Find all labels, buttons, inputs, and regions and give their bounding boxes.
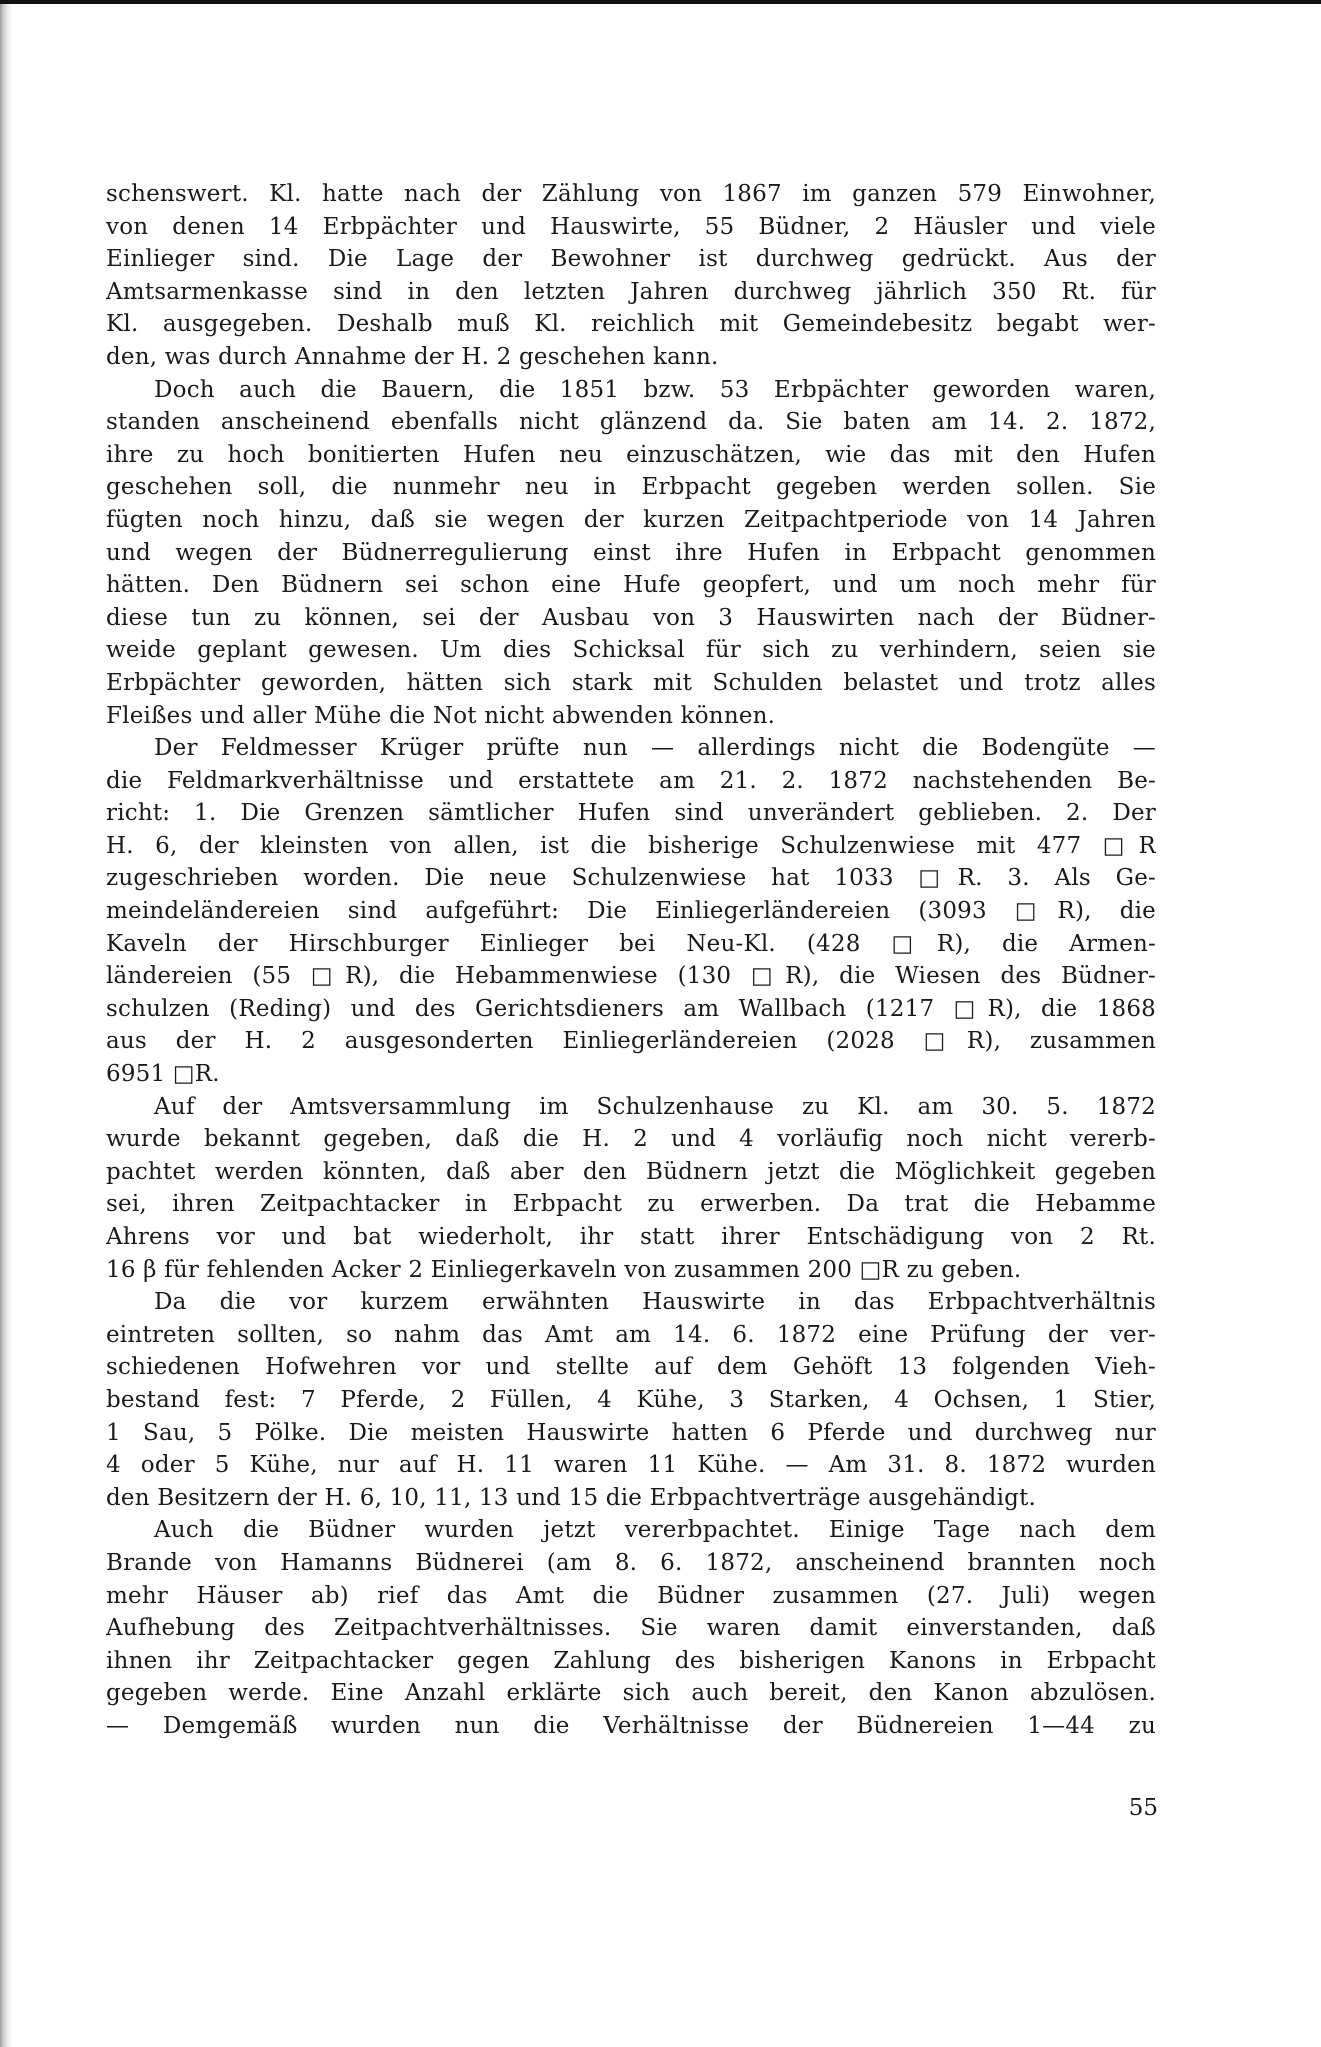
paragraph: Der Feldmesser Krüger prüfte nun — aller… xyxy=(106,732,1156,1091)
text-line: schenswert. Kl. hatte nach der Zählung v… xyxy=(106,178,1156,211)
text-line: die Feldmarkverhältnisse und erstattete … xyxy=(106,765,1156,798)
text-line: geschehen soll, die nunmehr neu in Erbpa… xyxy=(106,471,1156,504)
text-line: 4 oder 5 Kühe, nur auf H. 11 waren 11 Kü… xyxy=(106,1449,1156,1482)
body-text: schenswert. Kl. hatte nach der Zählung v… xyxy=(106,178,1156,1743)
text-line: Aufhebung des Zeitpachtverhältnisses. Si… xyxy=(106,1612,1156,1645)
text-line: eintreten sollten, so nahm das Amt am 14… xyxy=(106,1319,1156,1352)
text-line: diese tun zu können, sei der Ausbau von … xyxy=(106,602,1156,635)
text-line: ihnen ihr Zeitpachtacker gegen Zahlung d… xyxy=(106,1645,1156,1678)
text-line: von denen 14 Erbpächter und Hauswirte, 5… xyxy=(106,211,1156,244)
paragraph: Auch die Büdner wurden jetzt vererbpacht… xyxy=(106,1514,1156,1742)
text-line: weide geplant gewesen. Um dies Schicksal… xyxy=(106,634,1156,667)
text-line: Kaveln der Hirschburger Einlieger bei Ne… xyxy=(106,928,1156,961)
text-line: fügten noch hinzu, daß sie wegen der kur… xyxy=(106,504,1156,537)
text-line: Brande von Hamanns Büdnerei (am 8. 6. 18… xyxy=(106,1547,1156,1580)
text-line: sei, ihren Zeitpachtacker in Erbpacht zu… xyxy=(106,1188,1156,1221)
text-line: ländereien (55 □R), die Hebammenwiese (1… xyxy=(106,960,1156,993)
text-line: standen anscheinend ebenfalls nicht glän… xyxy=(106,406,1156,439)
text-line: den Besitzern der H. 6, 10, 11, 13 und 1… xyxy=(106,1482,1156,1515)
text-line: ihre zu hoch bonitierten Hufen neu einzu… xyxy=(106,439,1156,472)
paragraph: Auf der Amtsversammlung im Schulzenhause… xyxy=(106,1091,1156,1287)
text-line: Doch auch die Bauern, die 1851 bzw. 53 E… xyxy=(106,374,1156,407)
text-line: schulzen (Reding) und des Gerichtsdiener… xyxy=(106,993,1156,1026)
paragraph: schenswert. Kl. hatte nach der Zählung v… xyxy=(106,178,1156,374)
text-line: 16 β für fehlenden Acker 2 Einliegerkave… xyxy=(106,1254,1156,1287)
text-line: gegeben werde. Eine Anzahl erklärte sich… xyxy=(106,1677,1156,1710)
text-line: 6951 □R. xyxy=(106,1058,1156,1091)
book-gutter-shadow xyxy=(0,4,12,2047)
text-line: aus der H. 2 ausgesonderten Einliegerlän… xyxy=(106,1025,1156,1058)
text-line: den, was durch Annahme der H. 2 geschehe… xyxy=(106,341,1156,374)
page-number: 55 xyxy=(1098,1795,1158,1821)
paragraph: Da die vor kurzem erwähnten Hauswirte in… xyxy=(106,1286,1156,1514)
text-line: schiedenen Hofwehren vor und stellte auf… xyxy=(106,1351,1156,1384)
text-line: bestand fest: 7 Pferde, 2 Füllen, 4 Kühe… xyxy=(106,1384,1156,1417)
text-line: Erbpächter geworden, hätten sich stark m… xyxy=(106,667,1156,700)
text-line: H. 6, der kleinsten von allen, ist die b… xyxy=(106,830,1156,863)
text-line: — Demgemäß wurden nun die Verhältnisse d… xyxy=(106,1710,1156,1743)
text-line: richt: 1. Die Grenzen sämtlicher Hufen s… xyxy=(106,797,1156,830)
text-line: 1 Sau, 5 Pölke. Die meisten Hauswirte ha… xyxy=(106,1417,1156,1450)
text-line: Auch die Büdner wurden jetzt vererbpacht… xyxy=(106,1514,1156,1547)
text-line: wurde bekannt gegeben, daß die H. 2 und … xyxy=(106,1123,1156,1156)
text-line: Der Feldmesser Krüger prüfte nun — aller… xyxy=(106,732,1156,765)
text-line: mehr Häuser ab) rief das Amt die Büdner … xyxy=(106,1580,1156,1613)
text-line: Amtsarmenkasse sind in den letzten Jahre… xyxy=(106,276,1156,309)
text-line: zugeschrieben worden. Die neue Schulzenw… xyxy=(106,862,1156,895)
text-line: pachtet werden könnten, daß aber den Büd… xyxy=(106,1156,1156,1189)
text-line: hätten. Den Büdnern sei schon eine Hufe … xyxy=(106,569,1156,602)
text-line: Auf der Amtsversammlung im Schulzenhause… xyxy=(106,1091,1156,1124)
scan-top-border xyxy=(0,0,1321,4)
paragraph: Doch auch die Bauern, die 1851 bzw. 53 E… xyxy=(106,374,1156,733)
text-line: Einlieger sind. Die Lage der Bewohner is… xyxy=(106,243,1156,276)
book-page: schenswert. Kl. hatte nach der Zählung v… xyxy=(0,0,1321,2047)
text-line: Da die vor kurzem erwähnten Hauswirte in… xyxy=(106,1286,1156,1319)
text-line: meindeländereien sind aufgeführt: Die Ei… xyxy=(106,895,1156,928)
text-line: Fleißes und aller Mühe die Not nicht abw… xyxy=(106,700,1156,733)
text-line: Ahrens vor und bat wiederholt, ihr statt… xyxy=(106,1221,1156,1254)
text-line: Kl. ausgegeben. Deshalb muß Kl. reichlic… xyxy=(106,308,1156,341)
text-line: und wegen der Büdnerregulierung einst ih… xyxy=(106,537,1156,570)
